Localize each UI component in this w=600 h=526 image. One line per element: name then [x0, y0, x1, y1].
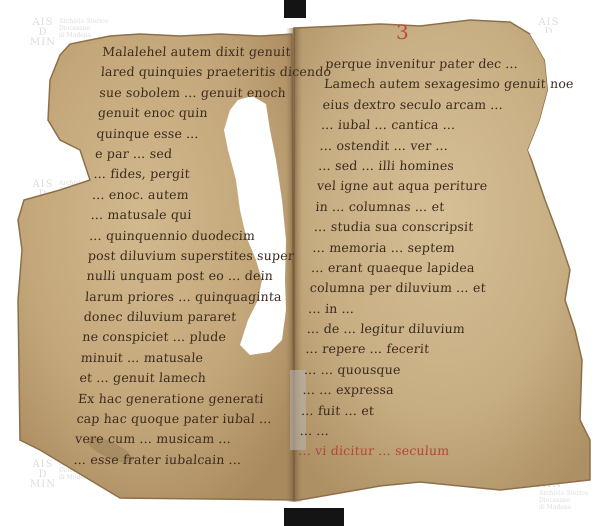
- text-line: lared quinquies praeteritis dicendo: [100, 62, 332, 82]
- text-line: Malalehel autem dixit genuit: [102, 42, 334, 62]
- text-line: ... de ... legitur diluvium: [306, 319, 557, 339]
- text-line: vel igne aut aqua periture: [316, 176, 567, 196]
- text-line rubric: ... vi dicitur ... seculum: [298, 441, 549, 461]
- text-line: perque invenitur pater dec ...: [325, 54, 576, 74]
- folio-number: 3: [396, 20, 409, 44]
- text-line: ... ... expressa: [302, 380, 553, 400]
- text-line: ... esse frater iubalcain ...: [73, 450, 305, 470]
- left-page-text: Malalehel autem dixit genuit lared quinq…: [73, 42, 333, 470]
- text-line: ... memoria ... septem: [312, 238, 563, 258]
- text-line: sue sobolem ... genuit enoch: [99, 83, 331, 103]
- text-line: et ... genuit lamech: [79, 368, 311, 388]
- text-line: in ... columnas ... et: [315, 197, 566, 217]
- text-line: ... sed ... illi homines: [318, 156, 569, 176]
- text-line: ... fides, pergit: [93, 164, 325, 184]
- text-line: ... quinquennio duodecim: [89, 226, 321, 246]
- text-line: post diluvium superstites super: [87, 246, 319, 266]
- text-line: ... ... quousque: [303, 360, 554, 380]
- text-line: minuit ... matusale: [80, 348, 312, 368]
- right-page-text: perque invenitur pater dec ... Lamech au…: [298, 54, 576, 462]
- text-line: Ex hac generatione generati: [77, 389, 309, 409]
- text-line: ... erant quaeque lapidea: [311, 258, 562, 278]
- text-line: columna per diluvium ... et: [309, 278, 560, 298]
- text-line: quinque esse ...: [96, 124, 328, 144]
- text-line: ne conspiciet ... plude: [82, 327, 314, 347]
- text-line: ... ostendit ... ver ...: [319, 136, 570, 156]
- text-line: larum priores ... quinquaginta: [84, 287, 316, 307]
- text-line: Lamech autem sexagesimo genuit noe: [323, 74, 574, 94]
- text-line: vere cum ... musicam ...: [74, 429, 306, 449]
- text-line: donec diluvium pararet: [83, 307, 315, 327]
- text-line: genuit enoc quin: [97, 103, 329, 123]
- text-line: ... in ...: [308, 299, 559, 319]
- text-line: eius dextro seculo arcam ...: [322, 95, 573, 115]
- text-line: ... repere ... fecerit: [305, 339, 556, 359]
- manuscript-scan: AISDMINArchivio StoricoDiocesanodi Moden…: [0, 0, 600, 526]
- text-line: ... matusale qui: [90, 205, 322, 225]
- text-line: nulli unquam post eo ... dein: [86, 266, 318, 286]
- text-line: e par ... sed: [94, 144, 326, 164]
- text-line: ... ...: [299, 421, 550, 441]
- text-line: ... iubal ... cantica ...: [321, 115, 572, 135]
- text-line: cap hac quoque pater iubal ...: [76, 409, 308, 429]
- text-line: ... fuit ... et: [301, 401, 552, 421]
- text-line: ... enoc. autem: [92, 185, 324, 205]
- text-line: ... studia sua conscripsit: [313, 217, 564, 237]
